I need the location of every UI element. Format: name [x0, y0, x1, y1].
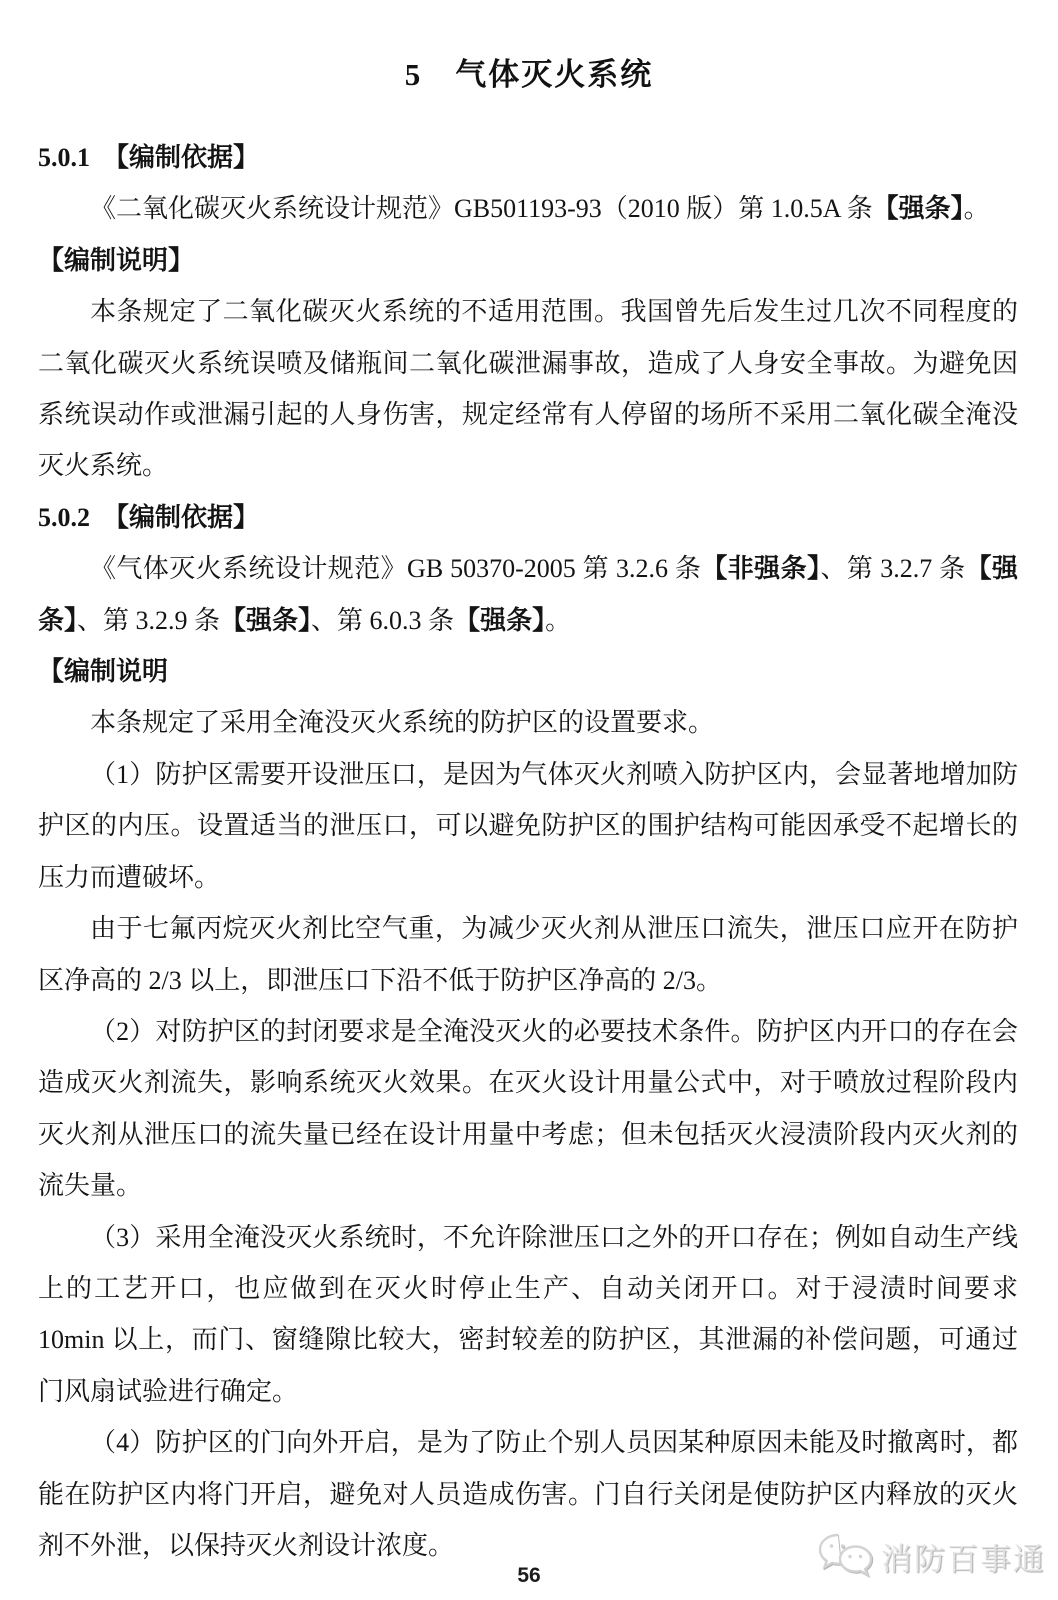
- section-heading-502: 5.0.2 【编制依据】: [38, 492, 1018, 543]
- wechat-bubbles-icon: [816, 1532, 874, 1580]
- subsection-heading-502-notes: 【编制说明: [38, 646, 1018, 697]
- page-title: 5 气体灭火系统: [0, 0, 1058, 94]
- paragraph-501-basis: 《二氧化碳灭火系统设计规范》GB501193-93（2010 版）第 1.0.5…: [38, 183, 1018, 234]
- paragraph-501-explanation: 本条规定了二氧化碳灭火系统的不适用范围。我国曾先后发生过几次不同程度的二氧化碳灭…: [38, 286, 1018, 492]
- paragraph-502-item2: （2）对防护区的封闭要求是全淹没灭火的必要技术条件。防护区内开口的存在会造成灭火…: [38, 1006, 1018, 1212]
- paragraph-502-basis: 《气体灭火系统设计规范》GB 50370-2005 第 3.2.6 条【非强条】…: [38, 543, 1018, 646]
- document-page: 5 气体灭火系统 5.0.1 【编制依据】《二氧化碳灭火系统设计规范》GB501…: [0, 0, 1058, 1600]
- section-heading-501: 5.0.1 【编制依据】: [38, 132, 1018, 183]
- watermark-text: 消防百事通: [881, 1534, 1046, 1579]
- paragraph-502-item1b: 由于七氟丙烷灭火剂比空气重，为减少灭火剂从泄压口流失，泄压口应开在防护区净高的 …: [38, 903, 1018, 1006]
- paragraph-502-intro: 本条规定了采用全淹没灭火系统的防护区的设置要求。: [38, 697, 1018, 748]
- watermark: 消防百事通: [816, 1532, 1046, 1580]
- paragraph-502-item1: （1）防护区需要开设泄压口，是因为气体灭火剂喷入防护区内，会显著地增加防护区的内…: [38, 749, 1018, 903]
- paragraph-502-item3: （3）采用全淹没灭火系统时，不允许除泄压口之外的开口存在；例如自动生产线上的工艺…: [38, 1212, 1018, 1418]
- subsection-heading-501-notes: 【编制说明】: [38, 235, 1018, 286]
- document-body: 5.0.1 【编制依据】《二氧化碳灭火系统设计规范》GB501193-93（20…: [0, 132, 1058, 1571]
